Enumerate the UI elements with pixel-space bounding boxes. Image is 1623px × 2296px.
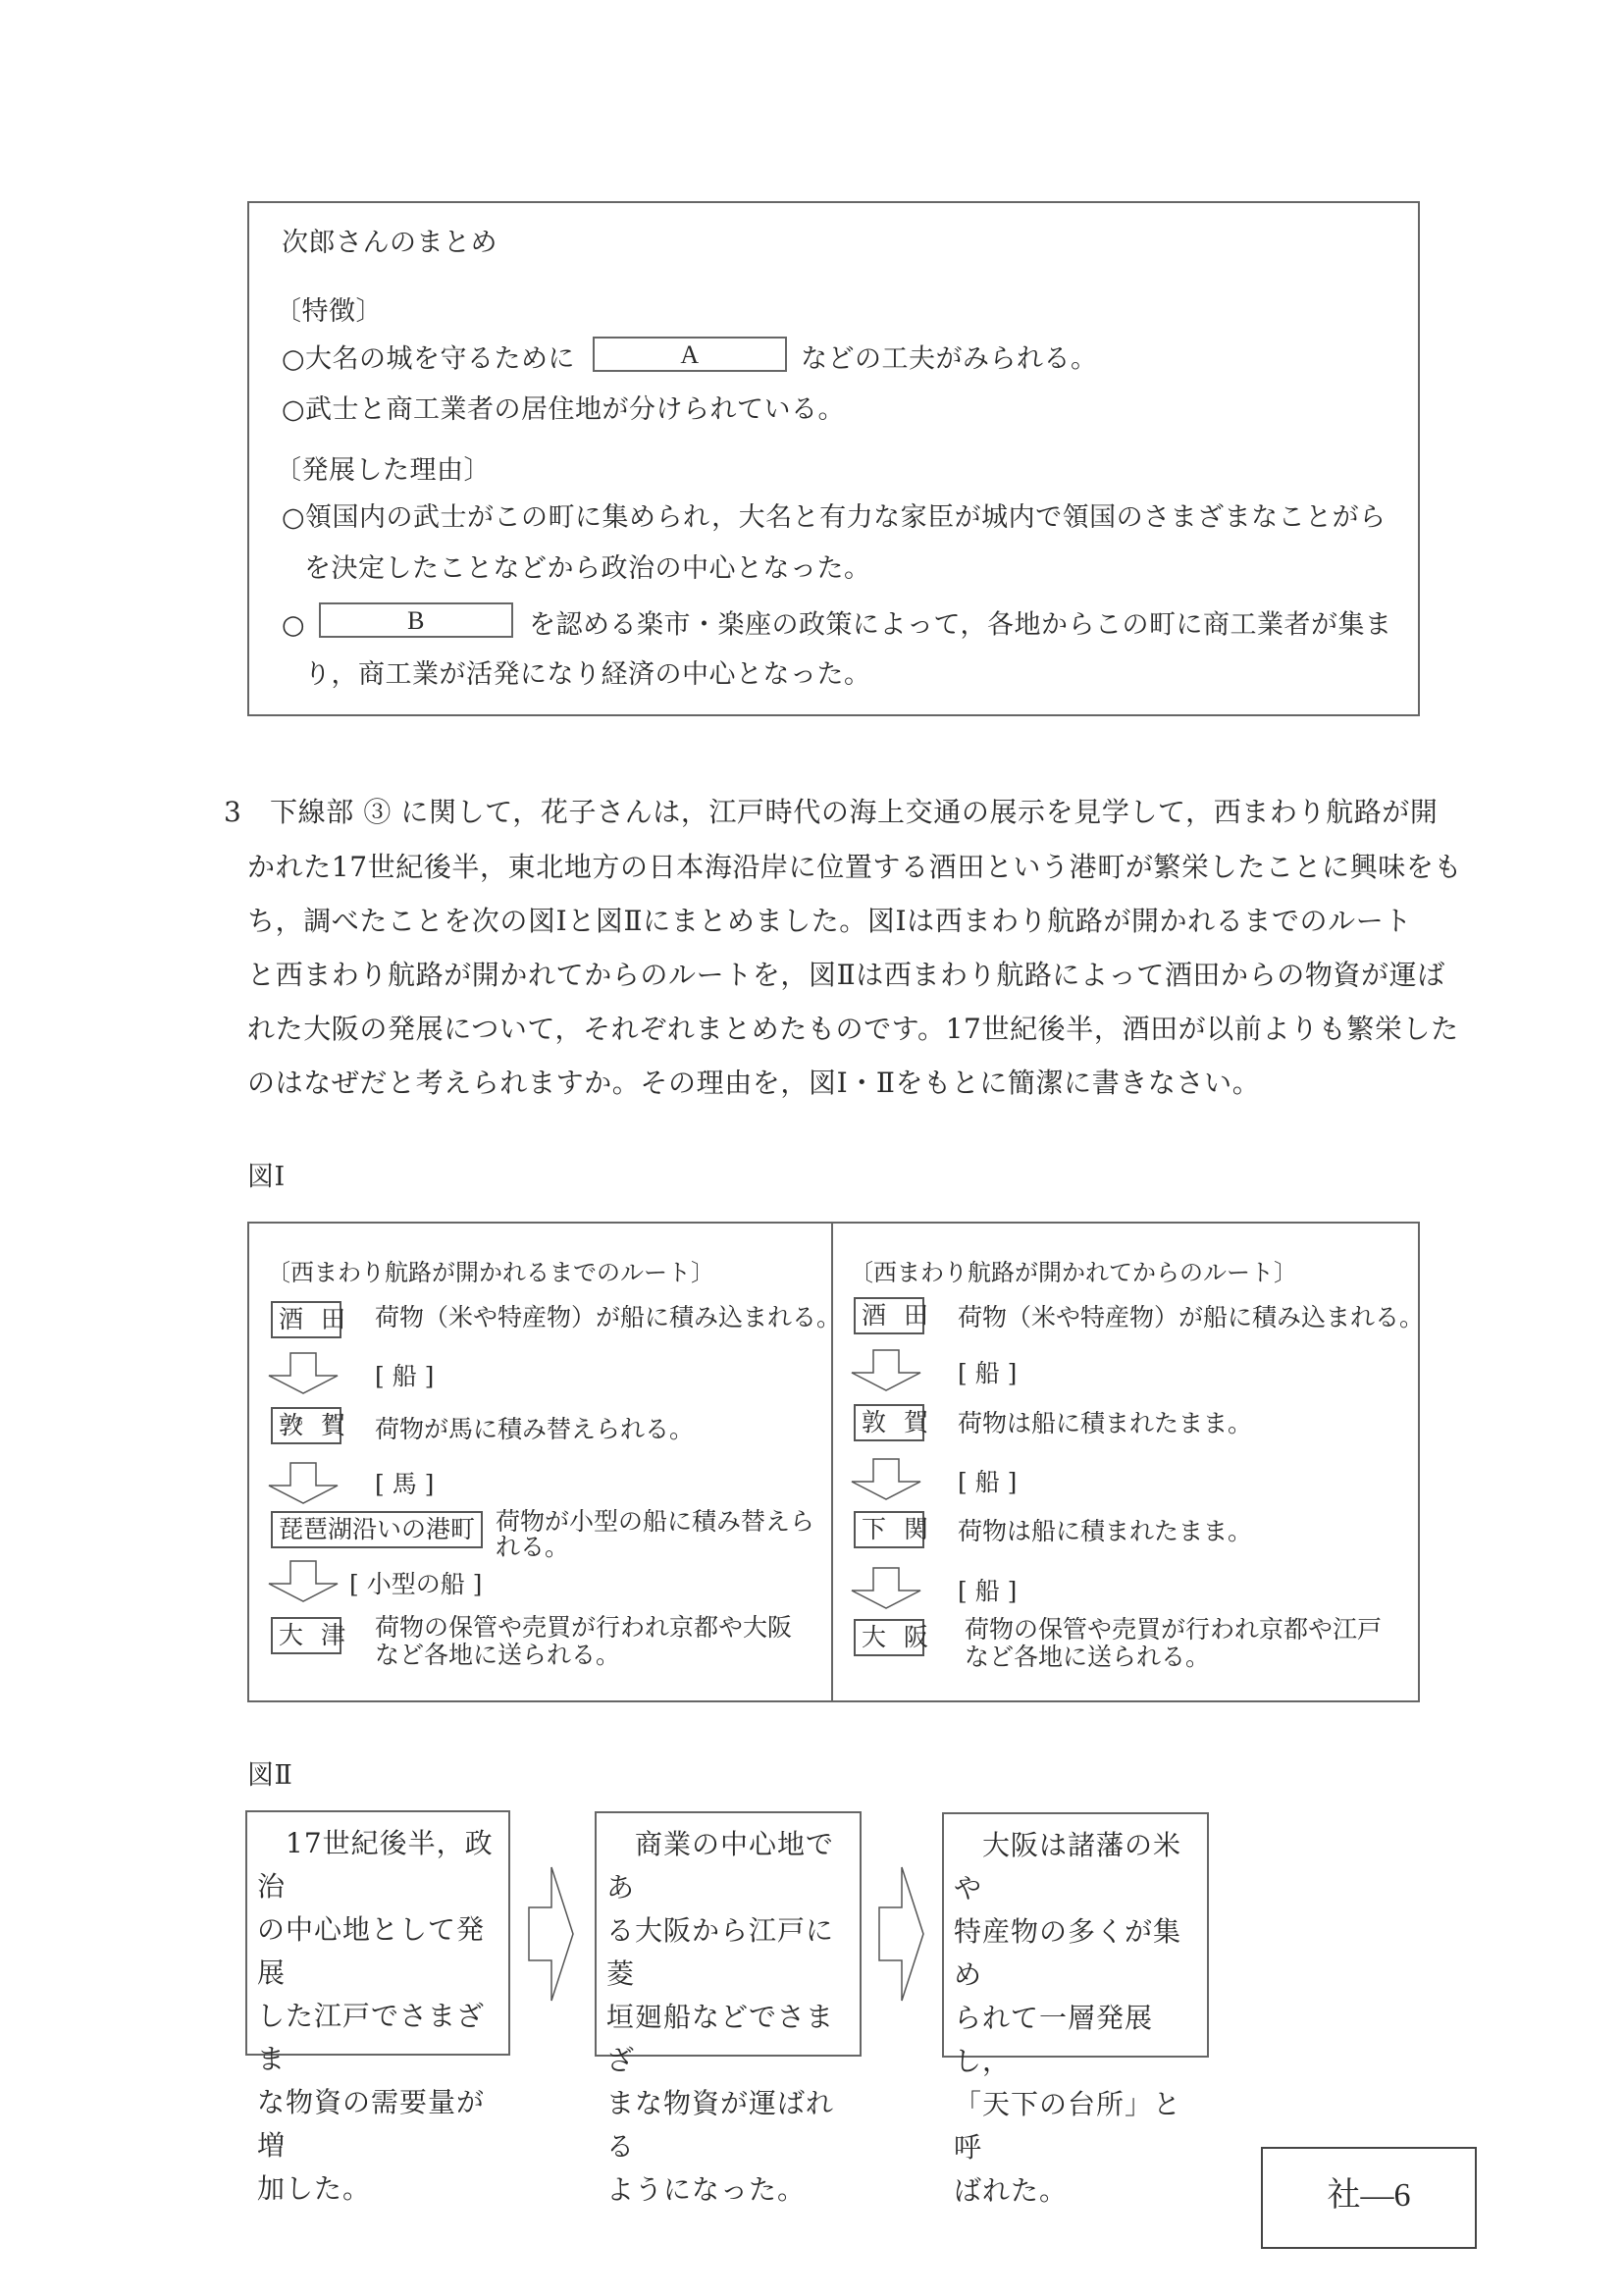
transport-label: [ 船 ] [958, 1354, 1017, 1389]
section-features: 〔特徴〕 [275, 298, 383, 325]
reason-1-line1: ○領国内の武士がこの町に集められ，大名と有力な家臣が城内で領国のさまざまなことが… [282, 504, 1387, 531]
reason-1-line2: を決定したことなどから政治の中心となった。 [304, 555, 871, 582]
reason-2-line2: り，商工業が活発になり経済の中心となった。 [304, 661, 871, 688]
fig2-line: ばれた。 [954, 2169, 1201, 2213]
step-desc: 荷物が馬に積み替えられる。 [375, 1419, 694, 1440]
place-osaka: 大阪 [854, 1619, 924, 1656]
place-otsu: 大津 [271, 1617, 341, 1654]
ruby-ga: が [324, 1407, 335, 1436]
fig2-line: 17世紀後半，政治 [257, 1822, 502, 1908]
fig2-box-edo-demand: 17世紀後半，政治 の中心地として発展 した江戸でさまざま な物資の需要量が増 … [245, 1810, 510, 2056]
feature-1-text-post: などの工夫がみられる。 [801, 344, 1098, 375]
question-line: 3 下線部 ③ に関して，花子さんは，江戸時代の海上交通の展示を見学して，西まわ… [224, 791, 1439, 830]
transport-label: [ 馬 ] [375, 1465, 434, 1500]
place-shimonoseki: 下関 [854, 1511, 924, 1548]
fig1-label: 図Ⅰ [247, 1164, 286, 1190]
fig2-line: 「天下の台所」と呼 [954, 2083, 1201, 2169]
right-arrow-icon [528, 1866, 575, 2002]
reason-2-line1: ○Bを認める楽市・楽座の政策によって，各地からこの町に商工業者が集ま [282, 608, 1392, 644]
blank-a[interactable]: A [593, 337, 787, 372]
transport-label: [ 小型の船 ] [349, 1565, 482, 1600]
question-line: のはなぜだと考えられますか。その理由を，図Ⅰ・Ⅱをもとに簡潔に書きなさい。 [247, 1062, 1260, 1101]
fig2-line: 商業の中心地であ [606, 1823, 854, 1909]
step-desc: 荷物が小型の船に積み替えら [496, 1511, 814, 1533]
feature-2: ○武士と商工業者の居住地が分けられている。 [282, 396, 845, 423]
question-line: ち，調べたことを次の図Ⅰと図Ⅱにまとめました。図Ⅰは西まわり航路が開かれるまでの… [247, 900, 1412, 939]
summary-title: 次郎さんのまとめ [282, 230, 497, 256]
fig2-line: られて一層発展し， [954, 1997, 1201, 2083]
step-desc: 荷物の保管や売買が行われ京都や大阪 [375, 1617, 792, 1639]
fig2-box-osaka-shipping: 商業の中心地であ る大阪から江戸に菱 垣廻船などでさまざ まな物資が運ばれる よ… [595, 1811, 862, 2057]
step-desc: など各地に送られる。 [965, 1646, 1210, 1668]
fig2-line: の中心地として発展 [257, 1908, 502, 1995]
step-desc: など各地に送られる。 [375, 1644, 620, 1666]
down-arrow-icon [267, 1352, 340, 1395]
fig2-line: 垣廻船などでさまざ [606, 1996, 854, 2082]
fig1-before-heading: 〔西まわり航路が開かれるまでのルート〕 [267, 1253, 714, 1287]
down-arrow-icon [267, 1462, 340, 1505]
down-arrow-icon [850, 1349, 922, 1392]
fig2-line: 大阪は諸藩の米や [954, 1824, 1201, 1910]
place-tsuruga: 敦賀 つる が [271, 1407, 341, 1444]
step-desc: れる。 [496, 1537, 569, 1558]
place-sakata: 酒田 [271, 1301, 341, 1338]
fig2-line: 特産物の多くが集め [954, 1910, 1201, 1997]
down-arrow-icon [850, 1458, 922, 1501]
fig2-line: まな物資が運ばれる [606, 2082, 854, 2168]
feature-1-text: ○大名の城を守るために [282, 344, 575, 375]
fig1-after-heading: 〔西まわり航路が開かれてからのルート〕 [850, 1253, 1297, 1287]
ruby-tsuru: つる [283, 1407, 304, 1436]
transport-label: [ 船 ] [958, 1572, 1017, 1607]
step-desc: 荷物は船に積まれたまま。 [958, 1413, 1252, 1435]
question-line: かれた17世紀後半，東北地方の日本海沿岸に位置する酒田という港町が繁栄したことに… [247, 846, 1462, 885]
feature-1: ○大名の城を守るためにAなどの工夫がみられる。 [282, 342, 1098, 378]
step-desc: 荷物（米や特産物）が船に積み込まれる。 [375, 1307, 841, 1329]
page-number: 社—6 [1261, 2147, 1477, 2249]
down-arrow-icon [267, 1560, 340, 1603]
right-arrow-icon [878, 1866, 925, 2002]
place-sakata: 酒田 [854, 1297, 924, 1334]
fig2-line: した江戸でさまざま [257, 1995, 502, 2081]
fig2-line: 加した。 [257, 2167, 502, 2211]
section-reasons: 〔発展した理由〕 [275, 457, 491, 484]
reason-2-bullet: ○ [282, 610, 305, 641]
question-line: れた大阪の発展について，それぞれまとめたものです。17世紀後半，酒田が以前よりも… [247, 1008, 1459, 1047]
transport-label: [ 船 ] [958, 1463, 1017, 1498]
step-desc: 荷物（米や特産物）が船に積み込まれる。 [958, 1307, 1424, 1329]
place-tsuruga: 敦賀 [854, 1404, 924, 1441]
place-biwako-port: 琵琶湖沿いの港町 [271, 1511, 483, 1548]
question-line: と西まわり航路が開かれてからのルートを，図Ⅱは西まわり航路によって酒田からの物資… [247, 954, 1445, 993]
down-arrow-icon [850, 1567, 922, 1610]
blank-b[interactable]: B [319, 602, 513, 638]
fig2-label: 図Ⅱ [247, 1762, 292, 1789]
step-desc: 荷物は船に積まれたまま。 [958, 1521, 1252, 1542]
step-desc: 荷物の保管や売買が行われ京都や江戸 [965, 1619, 1382, 1641]
fig2-line: な物資の需要量が増 [257, 2081, 502, 2167]
fig2-line: る大阪から江戸に菱 [606, 1909, 854, 1996]
fig2-box-kitchen-of-nation: 大阪は諸藩の米や 特産物の多くが集め られて一層発展し， 「天下の台所」と呼 ば… [942, 1812, 1209, 2058]
fig1-divider [831, 1222, 833, 1702]
fig2-line: ようになった。 [606, 2168, 854, 2212]
reason-2-text: を認める楽市・楽座の政策によって，各地からこの町に商工業者が集ま [529, 610, 1391, 641]
transport-label: [ 船 ] [375, 1357, 434, 1392]
